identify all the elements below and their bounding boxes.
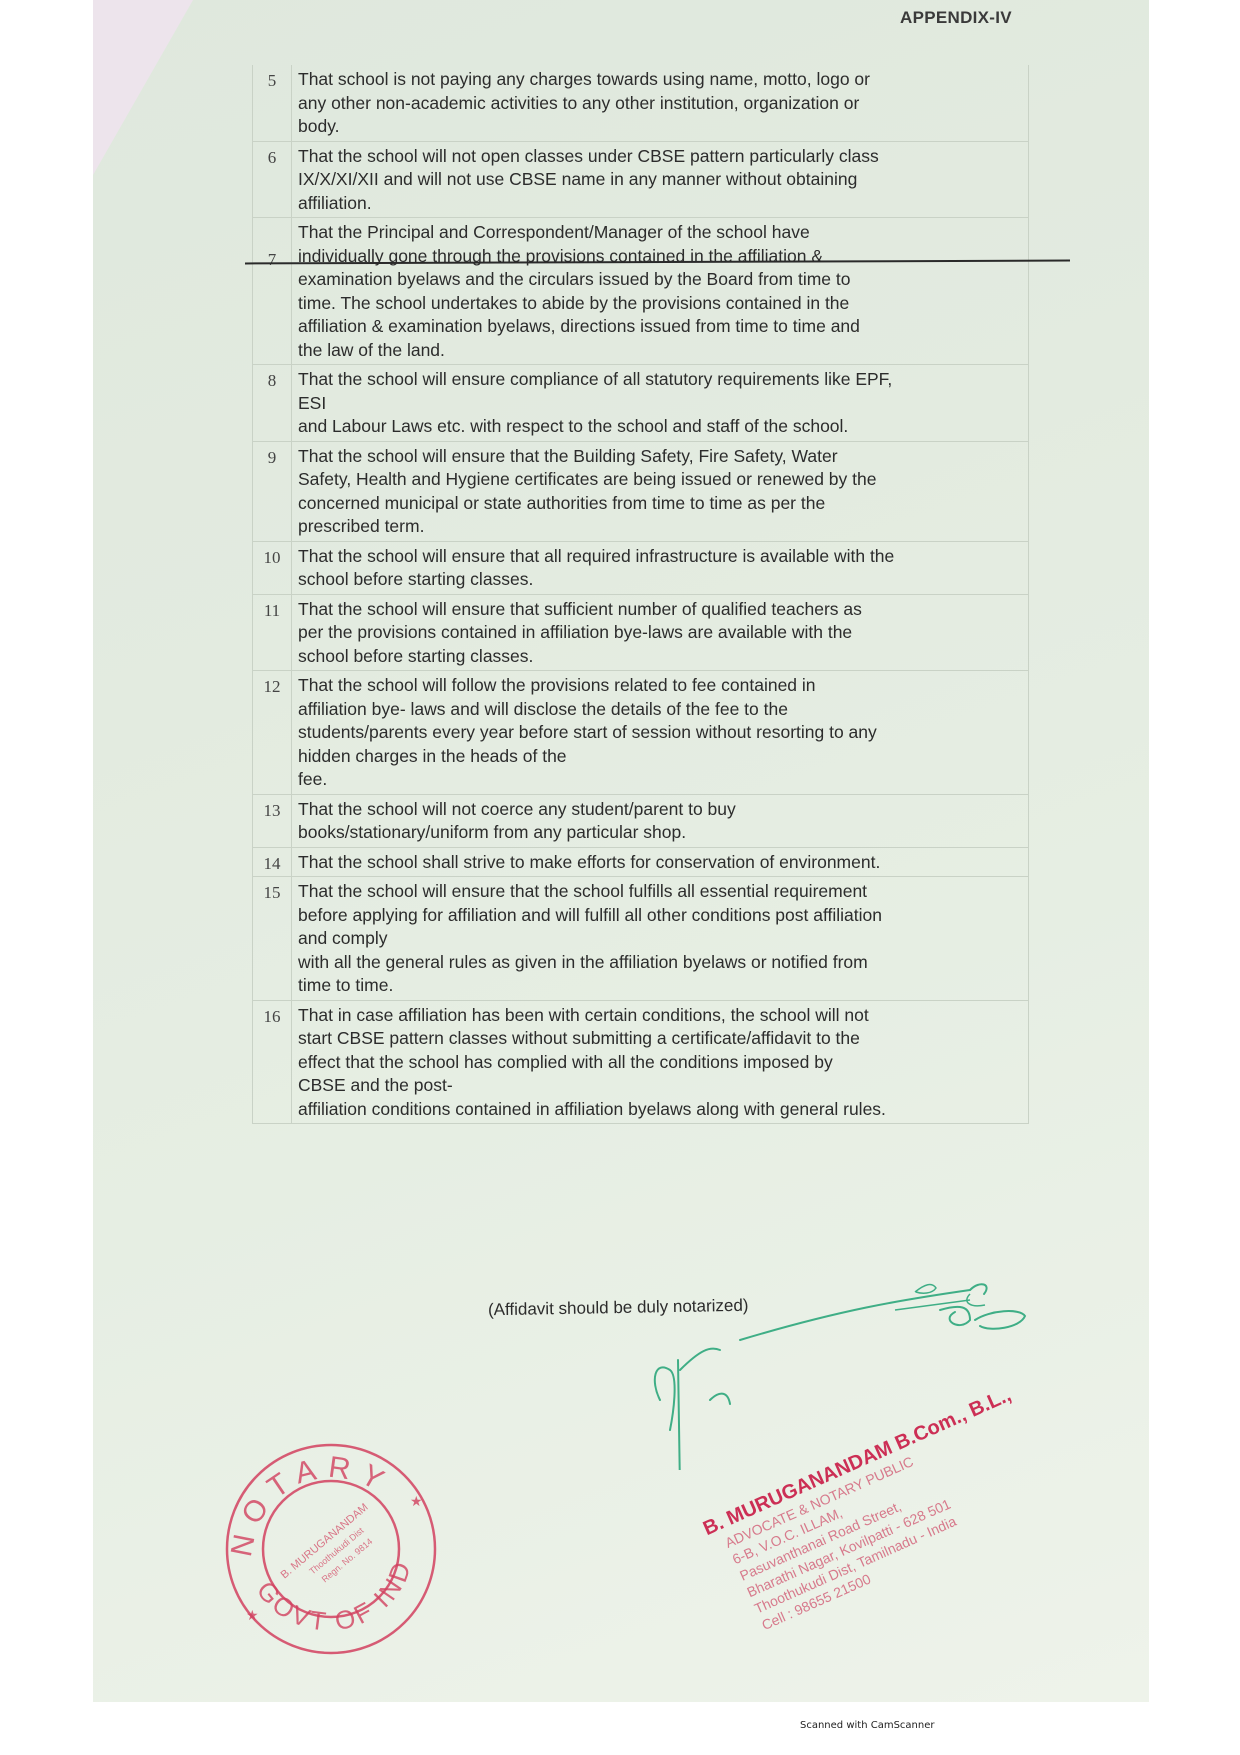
clause-line: That school is not paying any charges to… [298, 68, 1022, 92]
clause-number: 5 [253, 65, 292, 141]
clause-line: Safety, Health and Hygiene certificates … [298, 468, 1022, 492]
clause-number: 7 [253, 218, 292, 364]
clause-line: affiliation & examination byelaws, direc… [298, 315, 1022, 339]
clause-line: affiliation. [298, 192, 1022, 216]
clause-row: 12That the school will follow the provis… [253, 670, 1028, 794]
clause-line: That the school will ensure compliance o… [298, 368, 1022, 392]
clause-line: school before starting classes. [298, 645, 1022, 669]
clause-text: That in case affiliation has been with c… [292, 1001, 1028, 1124]
clause-line: examination byelaws and the circulars is… [298, 268, 1022, 292]
clause-number: 11 [253, 595, 292, 671]
clause-row: 5That school is not paying any charges t… [253, 65, 1028, 141]
appendix-heading: APPENDIX-IV [900, 8, 1012, 28]
clause-number: 6 [253, 142, 292, 218]
clause-line: effect that the school has complied with… [298, 1051, 1022, 1075]
clause-row: 9That the school will ensure that the Bu… [253, 441, 1028, 541]
clause-number: 13 [253, 795, 292, 847]
clause-number: 10 [253, 542, 292, 594]
clause-line: That the school will not open classes un… [298, 145, 1022, 169]
svg-text:★: ★ [246, 1607, 259, 1623]
clause-line: per the provisions contained in affiliat… [298, 621, 1022, 645]
clause-line: That the school will ensure that the sch… [298, 880, 1022, 904]
clause-line: individually gone through the provisions… [298, 245, 1022, 269]
clause-line: hidden charges in the heads of the [298, 745, 1022, 769]
clause-line: affiliation bye- laws and will disclose … [298, 698, 1022, 722]
clause-text: That the school will ensure that suffici… [292, 595, 1028, 671]
clause-line: That the school will follow the provisio… [298, 674, 1022, 698]
clause-line: and comply [298, 927, 1022, 951]
clause-line: That the school will ensure that the Bui… [298, 445, 1022, 469]
clause-text: That the Principal and Correspondent/Man… [292, 218, 1028, 364]
page-fold-shadow [93, 0, 193, 175]
clause-line: affiliation conditions contained in affi… [298, 1098, 1022, 1122]
clause-row: 7That the Principal and Correspondent/Ma… [253, 217, 1028, 364]
clause-line: IX/X/XI/XII and will not use CBSE name i… [298, 168, 1022, 192]
clause-line: school before starting classes. [298, 568, 1022, 592]
clause-line: with all the general rules as given in t… [298, 951, 1022, 975]
clauses-table: 5That school is not paying any charges t… [252, 65, 1029, 1124]
clause-line: fee. [298, 768, 1022, 792]
clause-text: That the school will ensure that all req… [292, 542, 1028, 594]
clause-line: That the school shall strive to make eff… [298, 851, 1022, 875]
clause-number: 16 [253, 1001, 292, 1124]
clause-text: That the school will follow the provisio… [292, 671, 1028, 794]
notary-address-stamp: B. MURUGANANDAM B.Com., B.L., ADVOCATE &… [690, 1380, 1050, 1640]
clause-row: 8That the school will ensure compliance … [253, 364, 1028, 441]
clause-line: That the school will not coerce any stud… [298, 798, 1022, 822]
clause-text: That the school shall strive to make eff… [292, 848, 1028, 877]
scanner-watermark: Scanned with CamScanner [800, 1720, 935, 1731]
clause-line: That the school will ensure that all req… [298, 545, 1022, 569]
clause-row: 14That the school shall strive to make e… [253, 847, 1028, 877]
clause-row: 10That the school will ensure that all r… [253, 541, 1028, 594]
clause-row: 6That the school will not open classes u… [253, 141, 1028, 218]
clause-line: body. [298, 115, 1022, 139]
clause-line: CBSE and the post- [298, 1074, 1022, 1098]
clause-text: That the school will ensure compliance o… [292, 365, 1028, 441]
clause-row: 13That the school will not coerce any st… [253, 794, 1028, 847]
svg-text:★: ★ [410, 1493, 423, 1509]
clause-line: start CBSE pattern classes without submi… [298, 1027, 1022, 1051]
clause-line: prescribed term. [298, 515, 1022, 539]
notary-seal-icon: NOTARY GOVT OF INDIA ★ ★ B. MURUGANANDAM… [222, 1440, 440, 1658]
clause-text: That the school will ensure that the sch… [292, 877, 1028, 1000]
clause-line: any other non-academic activities to any… [298, 92, 1022, 116]
clause-line: students/parents every year before start… [298, 721, 1022, 745]
clause-line: That the school will ensure that suffici… [298, 598, 1022, 622]
clause-line: That the Principal and Correspondent/Man… [298, 221, 1022, 245]
clause-number: 15 [253, 877, 292, 1000]
clause-number: 12 [253, 671, 292, 794]
clause-text: That the school will ensure that the Bui… [292, 442, 1028, 541]
svg-text:B. MURUGANANDAM: B. MURUGANANDAM [279, 1501, 371, 1581]
clause-line: time to time. [298, 974, 1022, 998]
clause-text: That school is not paying any charges to… [292, 65, 1028, 141]
clause-line: That in case affiliation has been with c… [298, 1004, 1022, 1028]
clause-row: 16That in case affiliation has been with… [253, 1000, 1028, 1124]
clause-line: concerned municipal or state authorities… [298, 492, 1022, 516]
clause-line: books/stationary/uniform from any partic… [298, 821, 1022, 845]
clause-number: 14 [253, 848, 292, 877]
clause-number: 8 [253, 365, 292, 441]
clause-row: 15That the school will ensure that the s… [253, 876, 1028, 1000]
clause-line: ESI [298, 392, 1022, 416]
clause-text: That the school will not coerce any stud… [292, 795, 1028, 847]
clause-number: 9 [253, 442, 292, 541]
clause-row: 11That the school will ensure that suffi… [253, 594, 1028, 671]
clause-line: the law of the land. [298, 339, 1022, 363]
clause-text: That the school will not open classes un… [292, 142, 1028, 218]
clause-line: before applying for affiliation and will… [298, 904, 1022, 928]
clause-line: and Labour Laws etc. with respect to the… [298, 415, 1022, 439]
clause-line: time. The school undertakes to abide by … [298, 292, 1022, 316]
